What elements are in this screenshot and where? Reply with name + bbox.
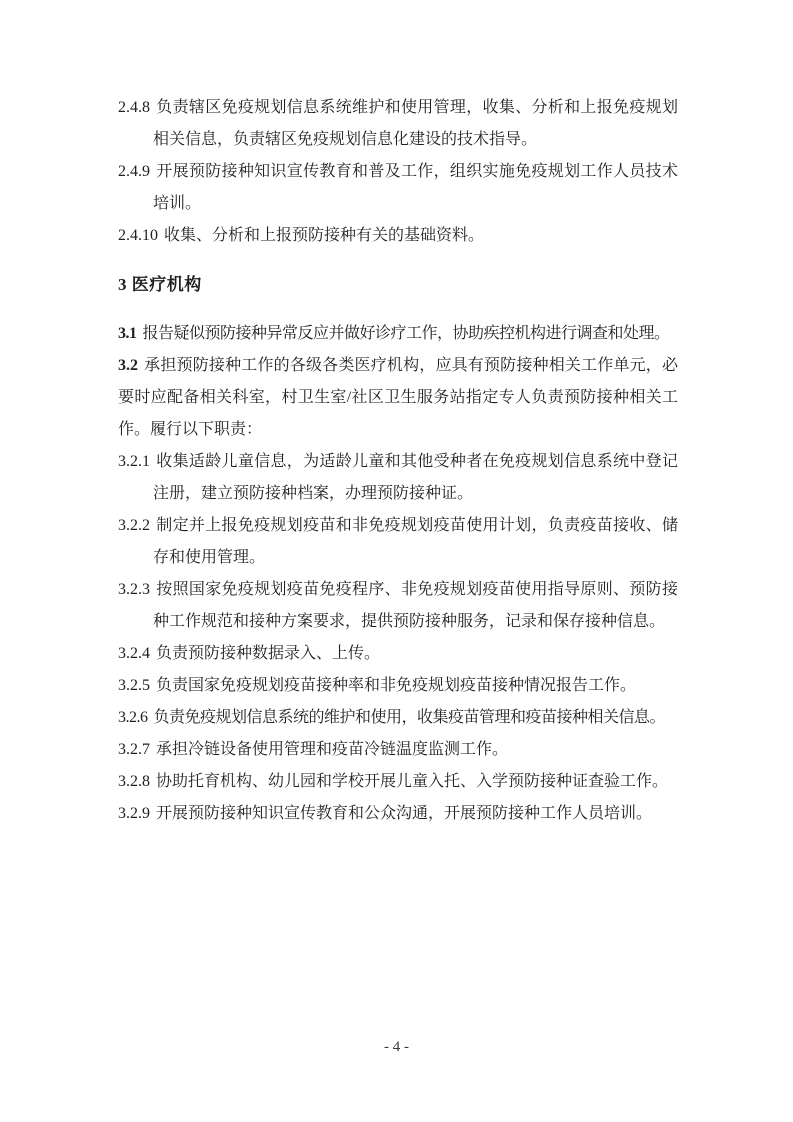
clause-2-4-10: 2.4.10收集、分析和上报预防接种有关的基础资料。 bbox=[118, 220, 678, 252]
clause-2-4-8-number: 2.4.8 bbox=[118, 99, 150, 116]
clause-3-2-9: 3.2.9开展预防接种知识宣传教育和公众沟通，开展预防接种工作人员培训。 bbox=[118, 798, 678, 830]
clause-3-2-2-number: 3.2.2 bbox=[118, 517, 150, 534]
clause-3-2-2-text: 制定并上报免疫规划疫苗和非免疫规划疫苗使用计划，负责疫苗接收、储存和使用管理。 bbox=[153, 517, 678, 566]
document-page: 2.4.8负责辖区免疫规划信息系统维护和使用管理，收集、分析和上报免疫规划相关信… bbox=[0, 0, 793, 1122]
clause-3-2-1-number: 3.2.1 bbox=[118, 453, 150, 470]
page-footer: - 4 - bbox=[0, 1038, 793, 1056]
clause-3-2-text: 承担预防接种工作的各级各类医疗机构，应具有预防接种相关工作单元，必要时应配备相关… bbox=[118, 357, 678, 438]
clause-3-2-4: 3.2.4负责预防接种数据录入、上传。 bbox=[118, 638, 678, 670]
clause-3-2-5-number: 3.2.5 bbox=[118, 677, 150, 694]
clause-2-4-8-text: 负责辖区免疫规划信息系统维护和使用管理，收集、分析和上报免疫规划相关信息，负责辖… bbox=[153, 99, 678, 148]
clause-3-2-6: 3.2.6负责免疫规划信息系统的维护和使用，收集疫苗管理和疫苗接种相关信息。 bbox=[118, 702, 678, 734]
clause-2-4-9: 2.4.9开展预防接种知识宣传教育和普及工作，组织实施免疫规划工作人员技术培训。 bbox=[118, 156, 678, 220]
clause-3-2-8: 3.2.8协助托育机构、幼儿园和学校开展儿童入托、入学预防接种证查验工作。 bbox=[118, 766, 678, 798]
clause-3-2-1: 3.2.1收集适龄儿童信息，为适龄儿童和其他受种者在免疫规划信息系统中登记注册，… bbox=[118, 446, 678, 510]
clause-3-1-text: 报告疑似预防接种异常反应并做好诊疗工作，协助疾控机构进行调查和处理。 bbox=[143, 325, 670, 342]
clause-2-4-9-text: 开展预防接种知识宣传教育和普及工作，组织实施免疫规划工作人员技术培训。 bbox=[153, 163, 678, 212]
clause-2-4-9-number: 2.4.9 bbox=[118, 163, 150, 180]
clause-3-2: 3.2承担预防接种工作的各级各类医疗机构，应具有预防接种相关工作单元，必要时应配… bbox=[118, 350, 678, 446]
clause-3-2-7-number: 3.2.7 bbox=[118, 741, 150, 758]
clause-3-2-6-number: 3.2.6 bbox=[118, 709, 148, 726]
document-body: 2.4.8负责辖区免疫规划信息系统维护和使用管理，收集、分析和上报免疫规划相关信… bbox=[118, 92, 678, 830]
clause-3-2-7: 3.2.7承担冷链设备使用管理和疫苗冷链温度监测工作。 bbox=[118, 734, 678, 766]
clause-2-4-10-text: 收集、分析和上报预防接种有关的基础资料。 bbox=[164, 227, 484, 244]
clause-3-1: 3.1报告疑似预防接种异常反应并做好诊疗工作，协助疾控机构进行调查和处理。 bbox=[118, 318, 678, 350]
clause-3-2-9-text: 开展预防接种知识宣传教育和公众沟通，开展预防接种工作人员培训。 bbox=[156, 805, 652, 822]
clause-3-1-number: 3.1 bbox=[118, 325, 137, 342]
clause-2-4-10-number: 2.4.10 bbox=[118, 227, 158, 244]
page-number: - 4 - bbox=[384, 1039, 409, 1055]
clause-3-2-9-number: 3.2.9 bbox=[118, 805, 150, 822]
clause-3-2-3: 3.2.3按照国家免疫规划疫苗免疫程序、非免疫规划疫苗使用指导原则、预防接种工作… bbox=[118, 574, 678, 638]
clause-3-2-8-number: 3.2.8 bbox=[118, 773, 150, 790]
clause-2-4-8: 2.4.8负责辖区免疫规划信息系统维护和使用管理，收集、分析和上报免疫规划相关信… bbox=[118, 92, 678, 156]
clause-3-2-number: 3.2 bbox=[118, 357, 138, 374]
clause-3-2-8-text: 协助托育机构、幼儿园和学校开展儿童入托、入学预防接种证查验工作。 bbox=[156, 773, 668, 790]
section-3-heading: 3 医疗机构 bbox=[118, 269, 678, 301]
clause-3-2-4-text: 负责预防接种数据录入、上传。 bbox=[156, 645, 380, 662]
clause-3-2-3-number: 3.2.3 bbox=[118, 581, 150, 598]
clause-3-2-5: 3.2.5负责国家免疫规划疫苗接种率和非免疫规划疫苗接种情况报告工作。 bbox=[118, 670, 678, 702]
clause-3-2-5-text: 负责国家免疫规划疫苗接种率和非免疫规划疫苗接种情况报告工作。 bbox=[156, 677, 636, 694]
clause-3-2-3-text: 按照国家免疫规划疫苗免疫程序、非免疫规划疫苗使用指导原则、预防接种工作规范和接种… bbox=[153, 581, 678, 630]
clause-3-2-1-text: 收集适龄儿童信息，为适龄儿童和其他受种者在免疫规划信息系统中登记注册，建立预防接… bbox=[153, 453, 678, 502]
clause-3-2-7-text: 承担冷链设备使用管理和疫苗冷链温度监测工作。 bbox=[156, 741, 508, 758]
clause-3-2-2: 3.2.2制定并上报免疫规划疫苗和非免疫规划疫苗使用计划，负责疫苗接收、储存和使… bbox=[118, 510, 678, 574]
clause-3-2-4-number: 3.2.4 bbox=[118, 645, 150, 662]
clause-3-2-6-text: 负责免疫规划信息系统的维护和使用，收集疫苗管理和疫苗接种相关信息。 bbox=[154, 709, 666, 726]
